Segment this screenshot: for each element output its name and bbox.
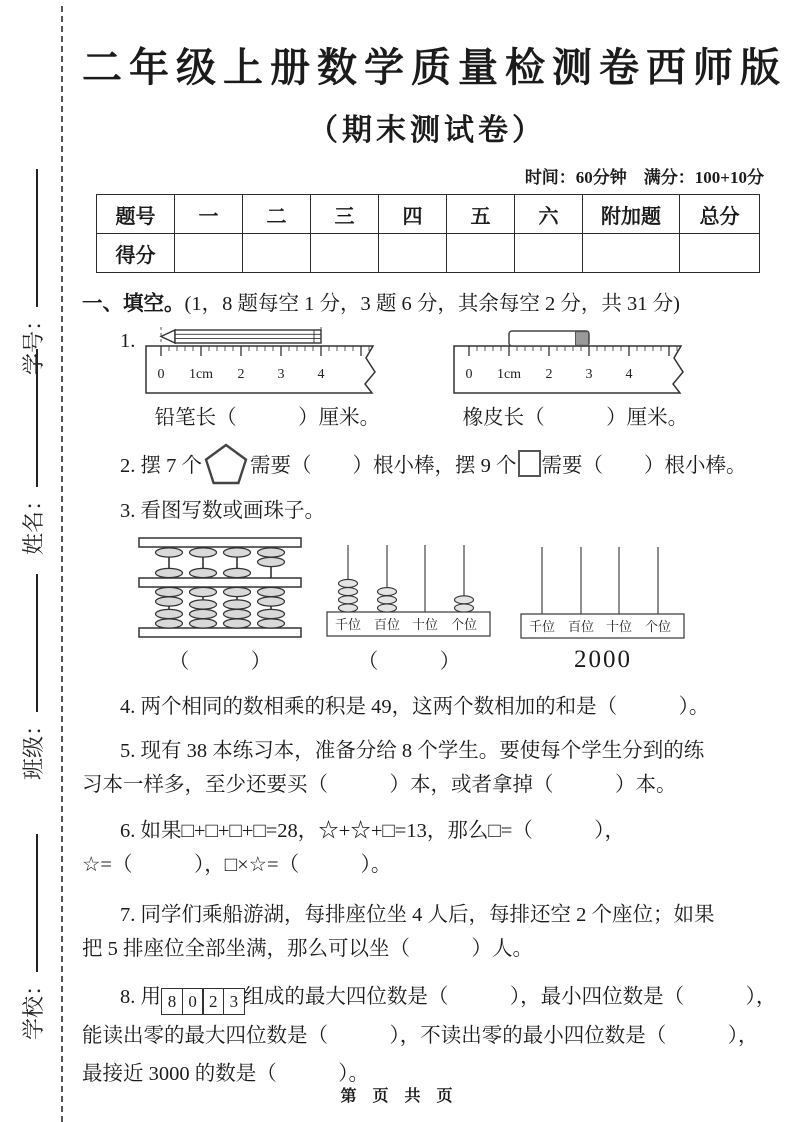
- score-table-header: 二: [243, 195, 311, 234]
- question-1: 1. 01cm234 铅笔长（ ）厘米。 01cm234 橡皮长（ ）厘米。: [82, 326, 772, 430]
- digit-card: 8: [161, 988, 183, 1015]
- question-3-title: 3. 看图写数或画珠子。: [82, 494, 772, 528]
- question-2-part1: 2. 摆 7 个: [120, 455, 202, 477]
- question-8-line1: 8. 用8023组成的最大四位数是（ ），最小四位数是（ ），: [82, 980, 772, 1015]
- score-cell: [175, 234, 243, 273]
- question-7-line1: 7. 同学们乘船游湖，每排座位坐 4 人后，每排还空 2 个座位；如果: [82, 898, 772, 932]
- digit-card: 2: [202, 988, 224, 1015]
- abacus3-value: 2000: [574, 646, 632, 674]
- svg-text:2: 2: [238, 367, 245, 382]
- class-label: 班级：: [21, 714, 46, 780]
- suanpan-figure: （ ）: [137, 536, 303, 674]
- score-table-header: 附加题: [583, 195, 680, 234]
- question-2-part3: 需要（ ）根小棒。: [542, 455, 747, 477]
- svg-text:百位: 百位: [374, 617, 400, 632]
- svg-text:4: 4: [626, 367, 633, 382]
- score-table-header: 五: [447, 195, 515, 234]
- svg-text:2: 2: [546, 367, 553, 382]
- svg-text:0: 0: [466, 367, 473, 382]
- page-title: 二年级上册数学质量检测卷西师版: [82, 36, 772, 93]
- school-label: 学校：: [21, 974, 46, 1040]
- score-table-header: 四: [379, 195, 447, 234]
- suanpan-answer-blank: （ ）: [169, 644, 272, 674]
- pentagon-icon: [203, 442, 249, 486]
- eraser-caption: 橡皮长（ ）厘米。: [463, 400, 689, 430]
- abacus2-answer-blank: （ ）: [358, 644, 461, 674]
- score-cell: [243, 234, 311, 273]
- class-blank-line: [36, 574, 38, 712]
- school-blank-line: [36, 834, 38, 972]
- empty-abacus-image: 千位百位十位个位: [515, 542, 691, 642]
- page-subtitle: （期末测试卷）: [82, 105, 772, 149]
- question-4: 4. 两个相同的数相乘的积是 49，这两个数相加的和是（ ）。: [82, 690, 772, 724]
- svg-text:个位: 个位: [451, 617, 477, 632]
- class-field: 班级：: [17, 540, 47, 780]
- question-2-part2: 需要（ ）根小棒，摆 9 个: [250, 455, 517, 477]
- digit-card: 0: [182, 988, 204, 1015]
- pencil-caption: 铅笔长（ ）厘米。: [155, 400, 381, 430]
- student-name-blank-line: [36, 349, 38, 487]
- score-cell: [583, 234, 680, 273]
- pencil-ruler-figure: 01cm234 铅笔长（ ）厘米。: [141, 326, 393, 430]
- place-value-abacus-figure: 千位百位十位个位 （ ）: [321, 540, 497, 674]
- place-value-abacus-image: 千位百位十位个位: [321, 540, 497, 640]
- score-table-header: 六: [515, 195, 583, 234]
- svg-text:千位: 千位: [529, 619, 555, 634]
- exam-page: 学号： 姓名： 班级： 学校： 二年级上册数学质量检测卷西师版 （期末测试卷） …: [0, 0, 793, 1122]
- score-cell: [680, 234, 760, 273]
- fold-dashed-line: [61, 6, 63, 1122]
- suanpan-abacus-image: [137, 536, 303, 640]
- svg-text:3: 3: [586, 367, 593, 382]
- exam-meta: 时间：60分钟 满分：100+10分: [82, 163, 772, 188]
- question-8-post: 组成的最大四位数是（ ），最小四位数是（ ），: [243, 986, 776, 1008]
- pencil-ruler-image: 01cm234: [141, 326, 393, 396]
- svg-text:3: 3: [278, 367, 285, 382]
- question-8-pre: 8. 用: [120, 986, 161, 1008]
- question-5-line2: 习本一样多，至少还要买（ ）本，或者拿掉（ ）本。: [82, 768, 772, 802]
- school-field: 学校：: [17, 800, 47, 1040]
- digit-cards: 8023: [161, 986, 243, 1008]
- score-row-label: 得分: [97, 234, 175, 273]
- score-table-header: 一: [175, 195, 243, 234]
- score-table-header: 三: [311, 195, 379, 234]
- score-cell: [515, 234, 583, 273]
- score-table-corner: 题号: [97, 195, 175, 234]
- section-heading: 一、填空。(1，8 题每空 1 分，3 题 6 分，其余每空 2 分，共 31 …: [82, 286, 772, 316]
- svg-text:1cm: 1cm: [497, 367, 521, 382]
- score-cell: [311, 234, 379, 273]
- question-7-line2: 把 5 排座位全部坐满，那么可以坐（ ）人。: [82, 932, 772, 966]
- student-id-blank-line: [36, 169, 38, 307]
- section-title: 一、填空。: [82, 293, 185, 315]
- svg-text:百位: 百位: [568, 619, 594, 634]
- section-note: (1，8 题每空 1 分，3 题 6 分，其余每空 2 分，共 31 分): [185, 293, 680, 315]
- svg-text:0: 0: [158, 367, 165, 382]
- svg-text:千位: 千位: [335, 617, 361, 632]
- score-cell: [379, 234, 447, 273]
- student-name-field: 姓名：: [17, 315, 47, 555]
- svg-text:个位: 个位: [645, 619, 671, 634]
- score-cell: [447, 234, 515, 273]
- empty-abacus-figure: 千位百位十位个位 2000: [515, 542, 691, 674]
- svg-text:十位: 十位: [412, 617, 438, 632]
- question-5-line1: 5. 现有 38 本练习本，准备分给 8 个学生。要使每个学生分到的练: [82, 734, 772, 768]
- svg-text:十位: 十位: [606, 619, 632, 634]
- svg-text:1cm: 1cm: [189, 367, 213, 382]
- score-table-header: 总分: [680, 195, 760, 234]
- question-6-line1: 6. 如果□+□+□+□=28，☆+☆+□=13，那么□=（ ），: [82, 814, 772, 848]
- page-footer: 第 页 共 页: [0, 1083, 793, 1106]
- square-icon: [518, 450, 541, 477]
- question-1-number: 1.: [82, 326, 135, 353]
- question-6-line2: ☆=（ ），□×☆=（ ）。: [82, 848, 772, 882]
- digit-card: 3: [223, 988, 245, 1015]
- question-2: 2. 摆 7 个需要（ ）根小棒，摆 9 个需要（ ）根小棒。: [82, 442, 772, 486]
- question-8-line2: 能读出零的最大四位数是（ ），不读出零的最小四位数是（ ），: [82, 1019, 772, 1053]
- question-3-figures: （ ） 千位百位十位个位 （ ） 千位百位十位个位 2000: [82, 536, 772, 674]
- svg-text:4: 4: [318, 367, 325, 382]
- score-table: 题号一二三四五六附加题总分得分: [96, 194, 760, 273]
- eraser-ruler-figure: 01cm234 橡皮长（ ）厘米。: [449, 326, 701, 430]
- eraser-ruler-image: 01cm234: [449, 326, 701, 396]
